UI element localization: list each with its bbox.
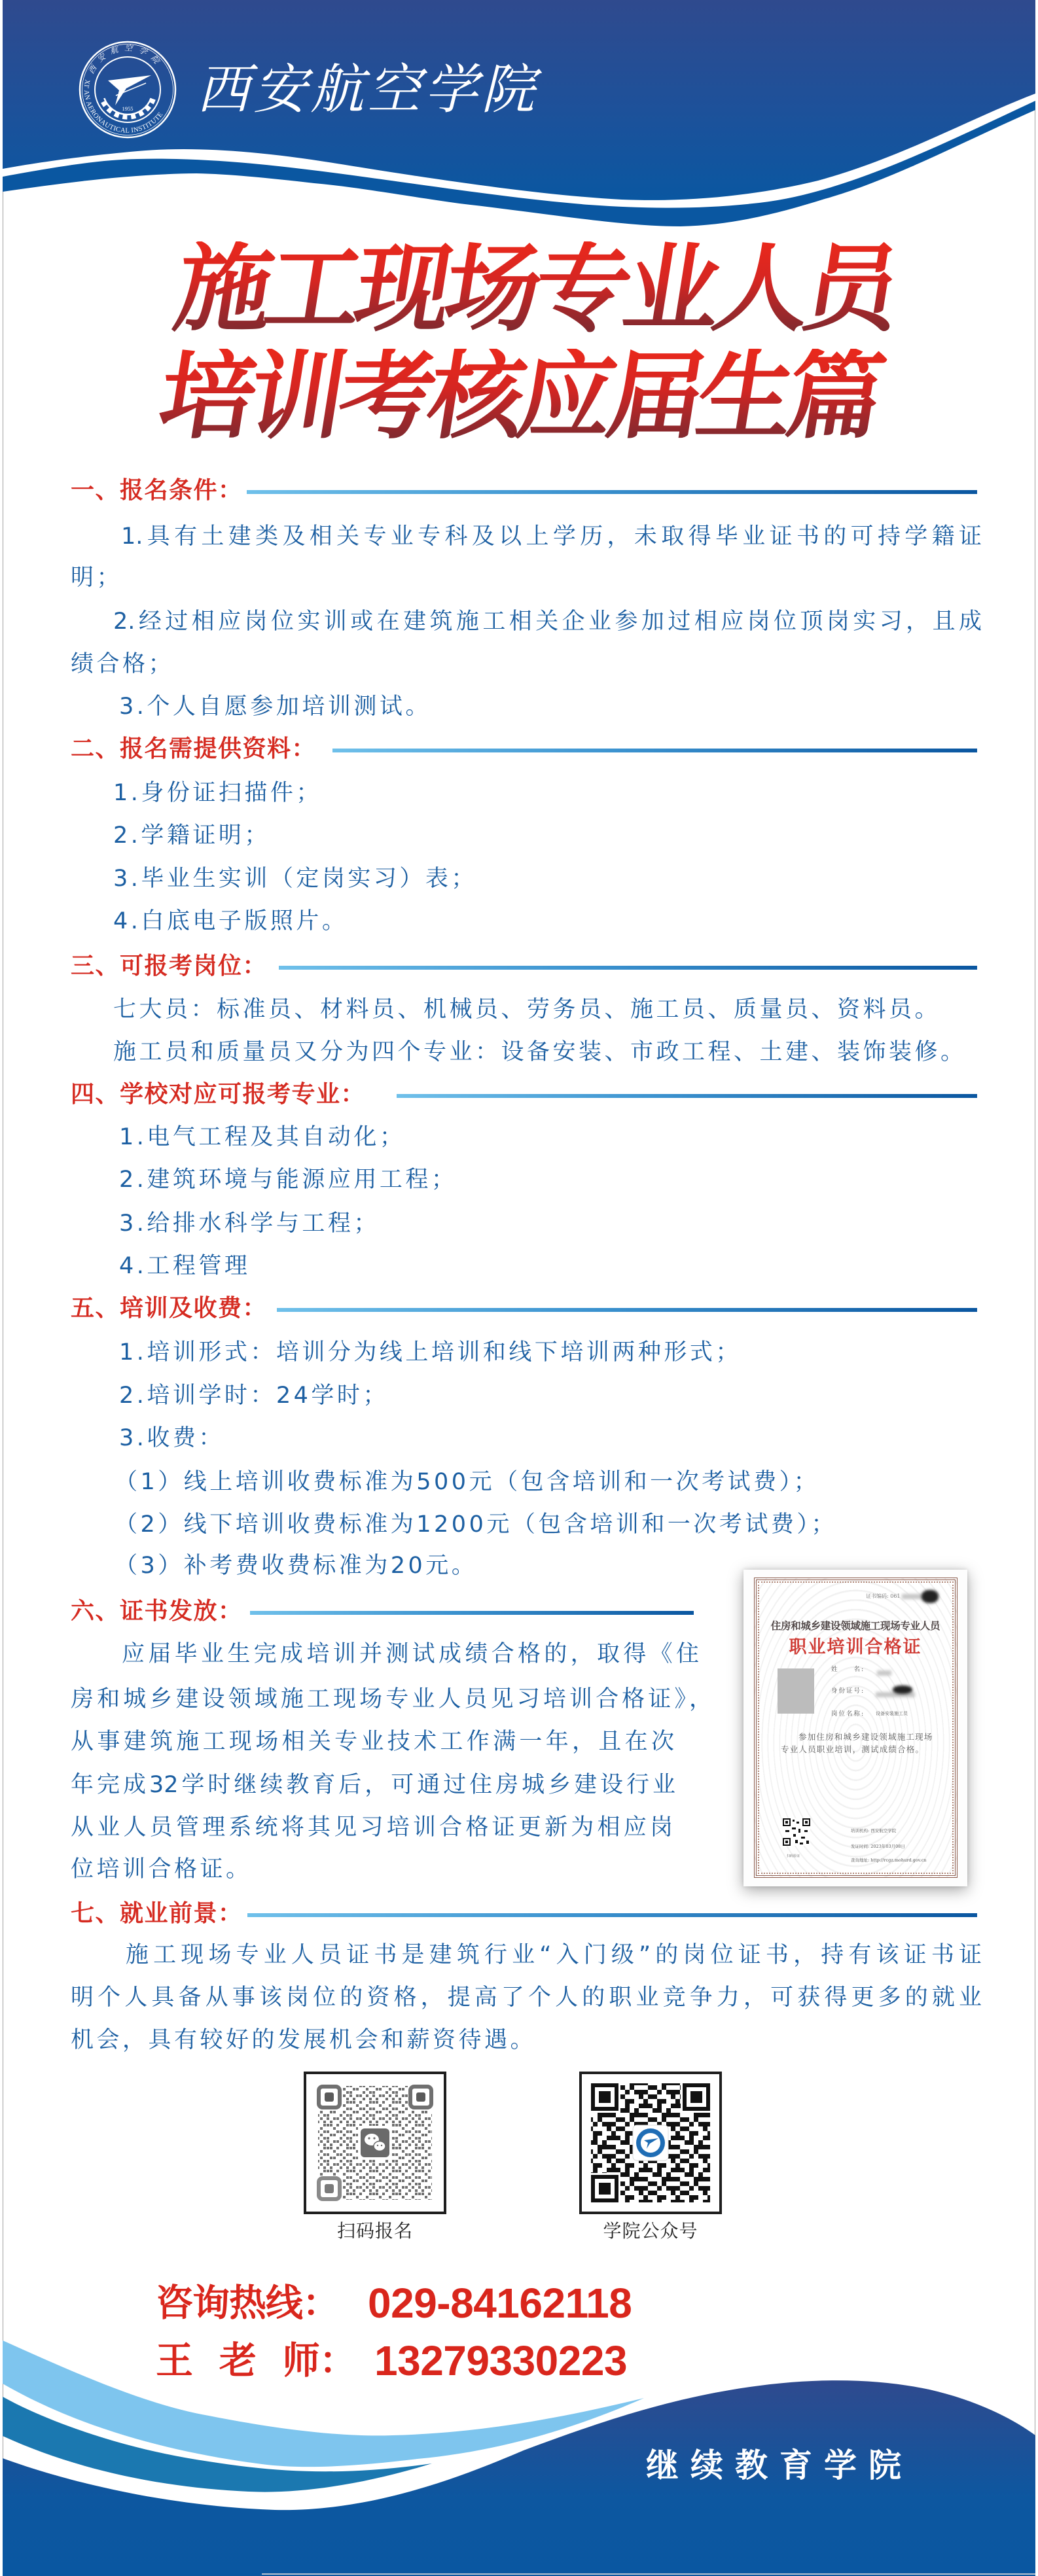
section-line: 明；: [71, 561, 122, 594]
title-text-1: 施工现场专业人员: [160, 241, 910, 337]
section-line: 3.个人自愿参加培训测试。: [119, 690, 431, 723]
section-line: 3.给排水科学与工程；: [119, 1207, 380, 1240]
section-line: 4.白底电子版照片。: [113, 905, 348, 938]
redaction-mark: [893, 1685, 912, 1694]
section-line: 2.学籍证明；: [113, 819, 270, 852]
registration-qr-label: 扫码报名: [304, 2219, 446, 2243]
issuer-label: 培训机构:: [851, 1828, 869, 1833]
section-heading-training-and-fees: 五、培训及收费：: [71, 1292, 977, 1325]
wechat-icon: [361, 2128, 389, 2157]
certificate-qr-caption: 扫码验证: [787, 1854, 800, 1858]
section-line: 施工现场专业人员证书是建筑行业“入门级”的岗位证书，持有该证书证: [126, 1939, 982, 1971]
redaction-mark: [922, 1590, 939, 1603]
certificate-id-label: 身份证号:: [831, 1685, 865, 1695]
section-line: 施工员和质量员又分为四个专业：设备安装、市政工程、土建、装饰装修。: [113, 1036, 967, 1068]
section-heading-required-documents: 二、报名需提供资料：: [71, 733, 977, 766]
department-name: 继续教育学院: [646, 2446, 913, 2485]
teacher-phone: 13279330223: [374, 2338, 627, 2384]
section-divider: [332, 749, 977, 752]
left-edge-line: [3, 190, 3, 2460]
section-line: 七大员：标准员、材料员、机械员、劳务员、施工员、质量员、资料员。: [113, 993, 940, 1026]
teacher-label: 王 老 师：: [156, 2338, 356, 2384]
section-heading-registration-requirements: 一、报名条件：: [71, 474, 977, 507]
redacted-name: [876, 1666, 891, 1678]
certificate-image: 证书编码: 061 住房和城乡建设领域施工现场专业人员 职业培训合格证 姓 名:…: [743, 1570, 967, 1886]
certificate-query-address: 查询地址: http://rcgz.mohurd.gov.cn: [851, 1857, 926, 1863]
certificate-title-line1: 住房和城乡建设领域施工现场专业人员: [743, 1618, 967, 1632]
section-line: 明个人具备从事该岗位的资格，提高了个人的职业竞争力，可获得更多的就业: [71, 1981, 982, 2014]
section-line: 3.收费：: [119, 1422, 224, 1455]
issue-date-value: 2023年03月08日: [870, 1844, 905, 1849]
section-line: 1.电气工程及其自动化；: [119, 1121, 405, 1154]
title-line-2: 培训考核应届生篇: [0, 349, 1038, 444]
section-line: 1.培训形式：培训分为线上培训和线下培训两种形式；: [119, 1336, 742, 1369]
section-line: 机会，具有较好的发展机会和薪资待遇。: [71, 2024, 536, 2056]
hotline-label: 咨询热线：: [156, 2280, 339, 2326]
section-line: 绩合格；: [71, 648, 174, 680]
section-heading-eligible-posts: 三、可报考岗位：: [71, 950, 977, 983]
title-text-2: 培训考核应届生篇: [143, 349, 894, 444]
certificate-statement-line1: 参加住房和城乡建设领域施工现场: [798, 1731, 933, 1742]
section-heading-certificate-issuance: 六、证书发放：: [71, 1595, 694, 1628]
school-emblem-icon: XI' AN AERONAUTICAL INSTITUTE 西安航空学院 195…: [78, 40, 177, 139]
official-account-qr-code: [579, 2072, 722, 2214]
certificate-number-label: 证书编码: 061: [866, 1593, 901, 1599]
section-line: 位培训合格证。: [71, 1853, 252, 1886]
section-heading-text: 二、报名需提供资料：: [71, 733, 316, 766]
section-line: 2.建筑环境与能源应用工程；: [119, 1163, 457, 1196]
official-account-qr-label: 学院公众号: [579, 2219, 722, 2243]
section-heading-text: 四、学校对应可报考专业：: [71, 1078, 365, 1111]
logo-founded-year: 1955: [122, 105, 134, 112]
registration-qr-code: [304, 2072, 446, 2214]
section-divider: [279, 966, 977, 970]
issue-date-label: 发证时间:: [851, 1844, 869, 1849]
query-url: http://rcgz.mohurd.gov.cn: [870, 1858, 926, 1863]
issuer-value: 西安航空学院: [870, 1828, 896, 1833]
section-heading-text: 六、证书发放：: [71, 1595, 243, 1628]
section-divider: [277, 1308, 977, 1312]
hotline-number: 029-84162118: [368, 2280, 632, 2326]
certificate-name-label: 姓 名:: [831, 1664, 865, 1673]
section-heading-text: 五、培训及收费：: [71, 1292, 267, 1325]
section-heading-text: 三、可报考岗位：: [71, 950, 267, 983]
section-line: 4.工程管理: [119, 1250, 250, 1282]
svg-text:西安航空学院: 西安航空学院: [86, 43, 165, 75]
certificate-photo-placeholder: [778, 1668, 814, 1714]
certificate-post-value: 设备安装施工员: [876, 1710, 908, 1717]
section-divider: [250, 1611, 694, 1615]
section-line: 3.毕业生实训（定岗实习）表；: [113, 862, 477, 895]
section-line: 从业人员管理系统将其见习培训合格证更新为相应岗: [71, 1811, 673, 1844]
section-line: 2.培训学时：24学时；: [119, 1379, 389, 1412]
certificate-post-label: 岗位名称:: [831, 1708, 865, 1718]
certificate-issue-date: 发证时间: 2023年03月08日: [851, 1843, 905, 1849]
certificate-title-line2: 职业培训合格证: [743, 1632, 967, 1658]
section-heading-career-prospects: 七、就业前景：: [71, 1897, 977, 1930]
fee-line: （2）线下培训收费标准为1200元（包含培训和一次考试费）；: [115, 1508, 837, 1541]
section-divider: [247, 490, 977, 494]
section-divider: [247, 1913, 977, 1917]
section-heading-eligible-majors: 四、学校对应可报考专业：: [71, 1078, 977, 1111]
section-divider: [397, 1094, 977, 1098]
certificate-statement-line2: 专业人员职业培训，测试成绩合格。: [781, 1743, 924, 1755]
certificate-issuer: 培训机构: 西安航空学院: [851, 1827, 896, 1833]
fee-line: （3）补考费收费标准为20元。: [115, 1549, 477, 1582]
section-heading-text: 一、报名条件：: [71, 474, 243, 507]
section-heading-text: 七、就业前景：: [71, 1897, 243, 1930]
title-line-1: 施工现场专业人员: [0, 241, 1038, 337]
section-line: 应届毕业生完成培训并测试成绩合格的，取得《住: [122, 1638, 699, 1670]
section-line: 从事建筑施工现场相关专业技术工作满一年，且在次: [71, 1725, 674, 1758]
section-line: 年完成32学时继续教育后，可通过住房城乡建设行业: [71, 1769, 675, 1801]
section-line: 1.身份证扫描件；: [113, 777, 322, 809]
section-line: 房和城乡建设领域施工现场专业人员见习培训合格证》，: [71, 1683, 712, 1716]
section-line: 2.经过相应岗位实训或在建筑施工相关企业参加过相应岗位顶岗实习，且成: [113, 605, 982, 638]
fee-line: （1）线上培训收费标准为500元（包含培训和一次考试费）；: [115, 1466, 819, 1498]
certificate-qr-code: [783, 1818, 810, 1846]
school-name-calligraphy: 西安航空学院: [196, 60, 538, 120]
section-line: 1.具有土建类及相关专业专科及以上学历，未取得毕业证书的可持学籍证: [121, 520, 982, 553]
school-emblem-icon: [633, 2125, 668, 2161]
right-edge-line: [1035, 108, 1035, 2437]
query-label: 查询地址:: [851, 1858, 869, 1863]
logo-ring-text-cn: 西安航空学院: [86, 43, 165, 75]
